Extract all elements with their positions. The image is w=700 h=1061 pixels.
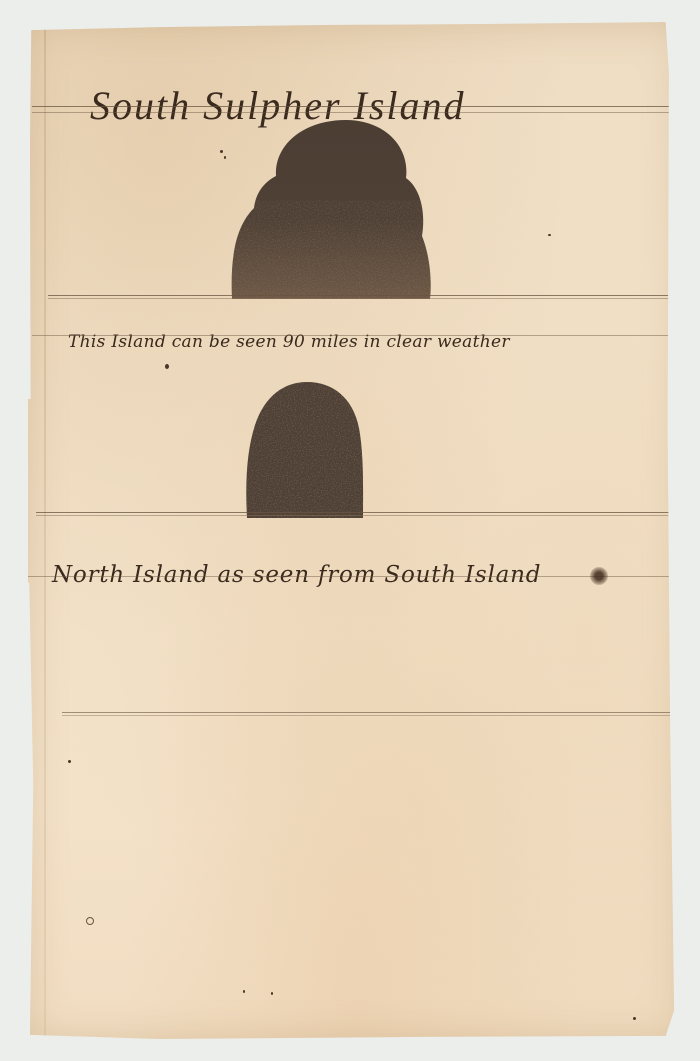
paper-speck [220,150,223,153]
paper-speck [165,364,169,369]
page-fold-crease [44,22,46,1041]
caption1-underline [32,335,672,336]
figure1-baseline [48,295,672,296]
paper-speck [224,156,226,159]
caption2-underline [28,576,674,577]
title-underline [32,106,672,107]
figure2-baseline [36,512,672,513]
blank-section-rule [62,712,674,713]
paper-speck [271,992,273,995]
blank-section-rule-secondary [62,715,674,716]
manuscript-page: South Sulpher Island This Island can be … [28,22,682,1041]
ink-blot [590,567,608,585]
north-island-silhouette [245,380,365,520]
paper-speck [548,234,551,236]
paper-speck [86,917,94,925]
paper-speck [68,760,71,763]
paper-speck [633,1017,636,1020]
paper-speck [243,990,245,993]
title-underline-secondary [32,112,672,113]
south-sulpher-island-silhouette [224,116,434,301]
caption-north-island-view: North Island as seen from South Island [52,562,541,588]
